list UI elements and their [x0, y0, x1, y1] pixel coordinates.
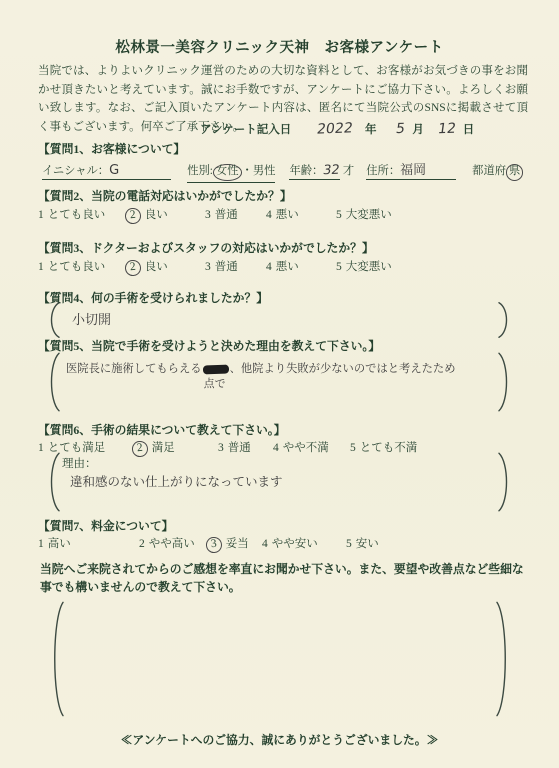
date-year-value: 2022: [316, 120, 354, 137]
q3-option-5: 5大変悪い: [336, 258, 392, 274]
q7-option-1-label: 高い: [48, 535, 71, 551]
q2-option-3-label: 普通: [215, 206, 238, 222]
q3-option-4-label: 悪い: [276, 258, 299, 274]
gender-option-male: 男性: [253, 165, 276, 177]
q7-option-2-label: やや高い: [149, 535, 195, 551]
prefecture-circled-kanji: 県: [506, 164, 523, 181]
q5-answer-text: 医院長に施術してもらえる点で、他院より失敗が少ないのではと考えたため: [66, 360, 456, 376]
answer-box-bracket-right: [498, 452, 512, 512]
q2-option-1-label: とても良い: [48, 206, 106, 222]
date-year-suffix: 年: [365, 121, 377, 137]
q2-option-2-number: 2: [124, 207, 141, 225]
q7-option-3-number: 3: [205, 536, 222, 554]
page-title: 松林景一美容クリニック天神 お客様アンケート: [0, 36, 559, 57]
q4-answer-text: 小切開: [72, 309, 111, 328]
q3-option-2: 2良い: [128, 258, 205, 276]
question-6-header: 【質問6、手術の結果について教えて下さい。】: [38, 421, 286, 438]
q7-option-5: 5安い: [346, 535, 379, 551]
q2-option-5-number: 5: [336, 209, 342, 221]
question-3-options: 1とても良い 2良い 3普通 4悪い 5大変悪い: [38, 258, 392, 276]
date-label: アンケート記入日: [200, 121, 291, 137]
question-2-header: 【質問2、当院の電話対応はいかがでしたか？】: [38, 187, 292, 204]
q5-answer-part2: 、他院より失敗が少ないのではと考えたため: [230, 362, 456, 375]
q3-option-5-label: 大変悪い: [346, 258, 392, 274]
q3-option-5-number: 5: [336, 261, 342, 273]
age-suffix: 才: [343, 165, 354, 177]
q7-option-4-label: やや安い: [272, 535, 318, 551]
answer-box-bracket-left: [46, 302, 60, 338]
prefecture-text: 都道府: [472, 165, 506, 177]
initial-field: イニシャル：G: [42, 162, 171, 180]
q7-option-2-number: 2: [139, 538, 145, 550]
closing-thanks: ≪アンケートへのご協力、誠にありがとうございました。≫: [0, 731, 559, 748]
q3-option-1-number: 1: [38, 261, 44, 273]
q5-answer-part1: 医院長に施術してもらえる: [66, 362, 202, 375]
question-3-header: 【質問3、ドクターおよびスタッフの対応はいかがでしたか？】: [38, 239, 374, 256]
q7-option-4: 4やや安い: [262, 535, 346, 551]
date-month-value: 5: [395, 121, 406, 137]
initial-label: イニシャル：: [42, 165, 109, 177]
reason-label: 理由：: [62, 455, 97, 471]
address-value: 福岡: [400, 163, 426, 178]
question-1-header: 【質問1、お客様について】: [38, 140, 185, 157]
q2-option-3: 3普通: [205, 206, 266, 222]
q7-option-1-number: 1: [38, 538, 44, 550]
q7-option-4-number: 4: [262, 538, 268, 550]
q7-option-1: 1高い: [38, 535, 139, 551]
free-comment-box: [50, 600, 510, 718]
q2-option-5: 5大変悪い: [336, 206, 392, 222]
question-7-options: 1高い 2やや高い 3妥当 4やや安い 5安い: [38, 535, 379, 553]
q5-insertion-below: 点で: [204, 375, 226, 391]
q3-option-2-number: 2: [124, 259, 141, 277]
q2-option-2: 2良い: [128, 206, 205, 224]
q3-option-2-label: 良い: [145, 258, 168, 274]
gender-label: 性別:: [187, 165, 213, 177]
q2-option-4: 4悪い: [266, 206, 336, 222]
q3-option-3-number: 3: [205, 261, 211, 273]
q7-option-5-number: 5: [346, 538, 352, 550]
q2-option-4-label: 悪い: [276, 206, 299, 222]
address-field: 住所：福岡: [366, 159, 456, 180]
q2-option-2-label: 良い: [145, 206, 168, 222]
answer-box-bracket-left: [50, 600, 64, 718]
q3-option-4: 4悪い: [266, 258, 336, 274]
q2-option-5-label: 大変悪い: [346, 206, 392, 222]
q7-option-2: 2やや高い: [139, 535, 209, 551]
q3-option-3-label: 普通: [215, 258, 238, 274]
answer-box-bracket-left: [46, 352, 60, 412]
gender-separator: ・: [242, 165, 253, 177]
question-1-fields: イニシャル：G 性別:女性・男性 年齢：32才 住所：福岡 都道府県: [42, 159, 523, 183]
q3-option-4-number: 4: [266, 261, 272, 273]
question-4-answer-box: 小切開: [46, 302, 512, 338]
q6-reason-text: 違和感のない仕上がりになっています: [70, 472, 283, 490]
answer-box-bracket-right: [496, 600, 510, 718]
initial-value: G: [109, 163, 119, 178]
date-day-value: 12: [437, 121, 457, 138]
answer-box-bracket-right: [498, 302, 512, 338]
q7-option-5-label: 安い: [356, 535, 379, 551]
survey-date-line: アンケート記入日 2022 年 5 月 12 日: [200, 121, 474, 137]
q3-option-1: 1とても良い: [38, 258, 128, 274]
answer-box-bracket-left: [46, 452, 60, 512]
prefecture-suffix: 都道府県: [472, 162, 523, 181]
q3-option-3: 3普通: [205, 258, 266, 274]
question-6-reason-box: 理由： 違和感のない仕上がりになっています: [46, 452, 512, 512]
scribbled-out-text: 点で: [202, 362, 230, 375]
age-field: 年齢：32才: [289, 162, 354, 180]
date-day-suffix: 日: [463, 121, 475, 137]
q6-option-1-number: 1: [38, 442, 44, 454]
q2-option-1: 1とても良い: [38, 206, 128, 222]
q2-option-4-number: 4: [266, 209, 272, 221]
q2-option-1-number: 1: [38, 209, 44, 221]
question-7-header: 【質問7、料金について】: [38, 517, 173, 534]
q2-option-3-number: 3: [205, 209, 211, 221]
question-5-answer-box: 医院長に施術してもらえる点で、他院より失敗が少ないのではと考えたため: [46, 352, 512, 412]
q3-option-1-label: とても良い: [48, 258, 106, 274]
address-label: 住所：: [366, 165, 400, 177]
q7-option-3-label: 妥当: [226, 535, 249, 551]
answer-box-bracket-right: [498, 352, 512, 412]
gender-field: 性別:女性・男性: [187, 162, 275, 183]
survey-sheet: 松林景一美容クリニック天神 お客様アンケート 当院では、よりよいクリニック運営の…: [0, 0, 559, 768]
age-value: 32: [322, 163, 341, 179]
question-2-options: 1とても良い 2良い 3普通 4悪い 5大変悪い: [38, 206, 392, 224]
age-label: 年齢：: [289, 165, 323, 177]
gender-option-female: 女性: [213, 164, 242, 181]
free-comment-prompt: 当院へご来院されてからのご感想を率直にお聞かせ下さい。また、要望や改善点など些細…: [40, 560, 526, 597]
date-month-suffix: 月: [412, 121, 424, 137]
redaction-scribble-mark: [202, 364, 228, 374]
q7-option-3: 3妥当: [209, 535, 262, 553]
